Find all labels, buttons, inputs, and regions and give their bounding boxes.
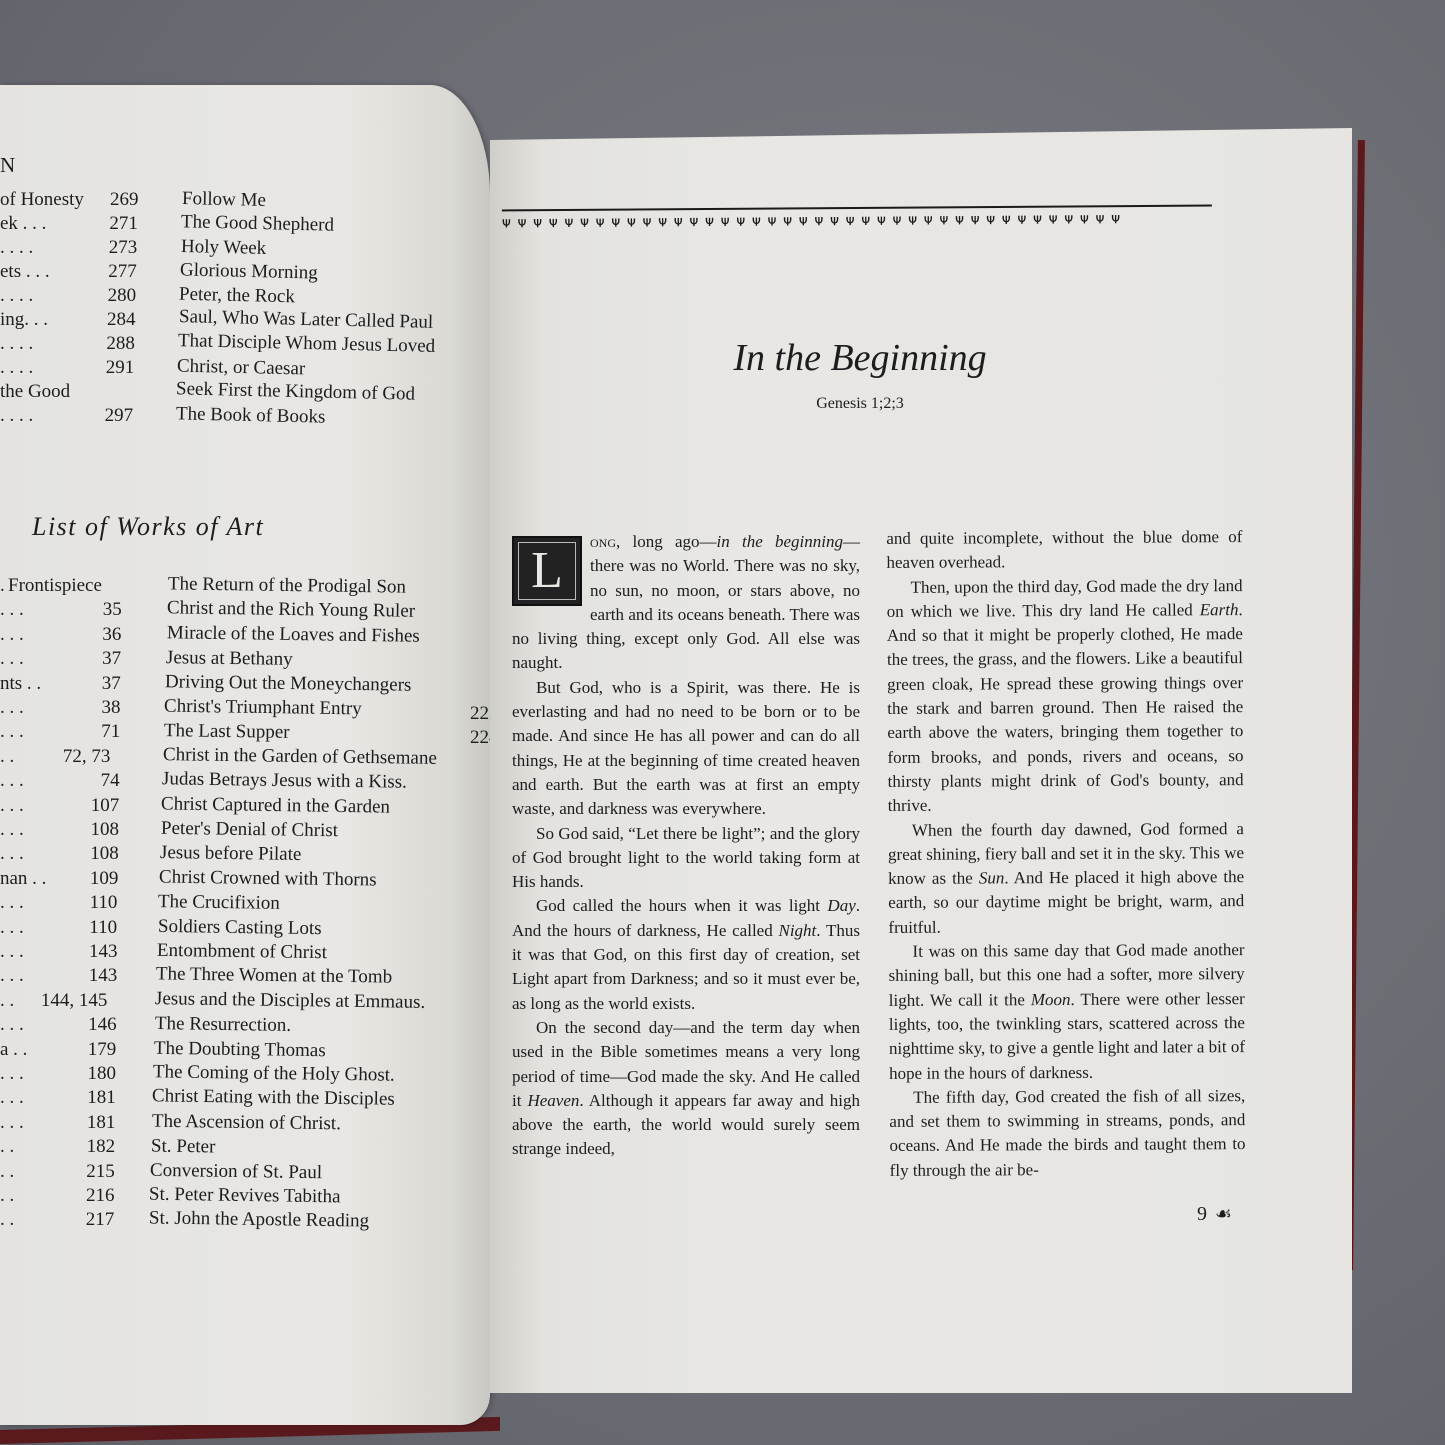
toc-entry-page: 284: [107, 310, 136, 329]
paragraph: When the fourth day dawned, God formed a…: [888, 817, 1245, 940]
art-entry-dots: . . .: [0, 918, 24, 937]
paragraph: Then, upon the third day, God made the d…: [887, 574, 1244, 819]
scripture-reference: Genesis 1;2;3: [690, 395, 1030, 413]
art-entry-title: Jesus before Pilate: [160, 843, 302, 864]
toc-entry-page: 269: [110, 190, 139, 209]
art-entry-dots: . . .: [0, 966, 24, 985]
art-entry-title: Christ Eating with the Disciples: [152, 1087, 395, 1109]
art-entry-dots: . . .: [0, 698, 24, 717]
art-entry-dots: . . .: [0, 1064, 24, 1083]
art-entry-dots: . . .: [0, 600, 24, 619]
art-entry-page: 182: [87, 1137, 116, 1156]
art-entry-title: The Last Supper: [163, 722, 289, 743]
art-entry-title: The Ascension of Christ.: [151, 1111, 340, 1133]
toc-entry-title: The Good Shepherd: [181, 212, 334, 234]
toc-entry-title: ets . . .: [0, 262, 50, 281]
toc-entry-page: 291: [106, 358, 135, 377]
paragraph: Long, long ago—in the beginning—there wa…: [512, 530, 860, 676]
art-entry-page: 143: [89, 942, 118, 961]
art-entry-dots: . .: [0, 991, 14, 1010]
toc-entry-title: . . . .: [0, 406, 33, 425]
art-entry-title: Jesus at Bethany: [166, 648, 293, 669]
fleuron-icon: ☙: [1215, 1203, 1232, 1225]
art-entry-page: 108: [90, 844, 119, 863]
paragraph: and quite incomplete, without the blue d…: [886, 525, 1242, 575]
art-entry-dots: nan . .: [0, 869, 46, 888]
art-entry-page: 110: [89, 918, 117, 937]
art-entry-page: 36: [102, 625, 121, 644]
art-entry-title: The Coming of the Holy Ghost.: [153, 1062, 395, 1084]
toc-entry-title: ek . . .: [0, 214, 46, 233]
art-entry-page: 107: [91, 796, 120, 815]
art-entry-dots: . .: [0, 1210, 14, 1229]
art-entry-title: Soldiers Casting Lots: [157, 916, 321, 937]
art-entry-dots: . .: [0, 747, 14, 766]
art-entry-page: 108: [91, 820, 120, 839]
art-entry-title: Entombment of Christ: [157, 941, 327, 962]
art-entry-page: 215: [86, 1162, 115, 1181]
art-entry-page: 181: [87, 1113, 116, 1132]
art-entry-dots: . . .: [0, 1113, 24, 1132]
art-entry-page: 37: [102, 674, 121, 693]
toc-entry-page: 277: [108, 262, 137, 281]
art-entry-page: 38: [102, 698, 121, 717]
art-entry-dots: . .: [0, 1162, 14, 1181]
art-entry-dots: . . .: [0, 1015, 24, 1034]
toc-entry-page: 273: [109, 238, 138, 257]
art-entry-dots: . . .: [0, 820, 24, 839]
toc-entry-title: The Book of Books: [175, 404, 325, 426]
art-entry-title: St. John the Apostle Reading: [148, 1209, 368, 1231]
text-column-left: Long, long ago—in the beginning—there wa…: [512, 530, 860, 1162]
art-entry-title: Christ Crowned with Thorns: [159, 867, 377, 889]
art-entry-title: The Doubting Thomas: [154, 1038, 326, 1059]
art-entry-page: 143: [89, 966, 118, 985]
art-entry-title: Jesus and the Disciples at Emmaus.: [155, 989, 425, 1012]
art-entry-dots: . . .: [0, 625, 24, 644]
art-entry-dots: . . .: [0, 649, 24, 668]
art-entry-title: The Crucifixion: [158, 892, 280, 913]
art-entry-dots: . . .: [0, 1088, 24, 1107]
art-entry-title: The Return of the Prodigal Son: [168, 574, 406, 596]
art-entry-title: Christ's Triumphant Entry: [164, 697, 362, 719]
art-entry-dots: nts . .: [0, 674, 41, 693]
toc-entry-title: Christ, or Caesar: [177, 357, 306, 379]
art-section-title: List of Works of Art: [32, 512, 264, 542]
art-entry-page: 74: [101, 771, 120, 790]
toc-entry-title: Holy Week: [180, 237, 266, 258]
art-entry-dots: . .: [0, 1186, 14, 1205]
art-entry-dots: . . .: [0, 771, 24, 790]
art-entry-dots: . . .: [0, 893, 24, 912]
toc-entry-title: . . . .: [0, 334, 33, 353]
toc-entry-page: 297: [105, 406, 134, 425]
art-entry-title: Christ and the Rich Young Ruler: [167, 599, 415, 621]
illuminated-dropcap-icon: L: [512, 536, 582, 606]
toc-entry-title: Peter, the Rock: [179, 285, 295, 307]
art-entry-title: Christ Captured in the Garden: [161, 794, 390, 816]
art-entry-title: The Three Women at the Tomb: [156, 965, 392, 987]
art-entry-page: 37: [102, 649, 121, 668]
paragraph: The fifth day, God created the fish of a…: [889, 1084, 1246, 1183]
art-entry-page: 144, 145: [41, 991, 108, 1010]
art-entry-page: 72, 73: [63, 747, 111, 766]
toc-entry-title: the Good: [0, 382, 70, 401]
tulip-ornament-icon: ᴪ ᴪ ᴪ ᴪ ᴪ ᴪ ᴪ ᴪ ᴪ ᴪ ᴪ ᴪ ᴪ ᴪ ᴪ ᴪ ᴪ ᴪ ᴪ ᴪ …: [502, 209, 1212, 232]
toc-entry-title: Seek First the Kingdom of God: [176, 379, 415, 403]
art-entry-title: Judas Betrays Jesus with a Kiss.: [162, 769, 407, 791]
art-entry-page: 146: [88, 1015, 117, 1034]
text-column-right: and quite incomplete, without the blue d…: [886, 525, 1245, 1183]
art-entry-page: 180: [88, 1064, 117, 1083]
art-entry-dots: . . .: [0, 722, 24, 741]
paragraph: But God, who is a Spirit, was there. He …: [512, 676, 860, 822]
toc-entry-title: . . . .: [0, 358, 33, 377]
art-entry-page: 216: [86, 1186, 115, 1205]
art-entry-title: St. Peter Revives Tabitha: [149, 1185, 341, 1207]
paragraph: On the second day—and the term day when …: [512, 1016, 860, 1162]
toc-entry-title: . . . .: [0, 238, 33, 257]
art-entry-title: St. Peter: [151, 1137, 216, 1157]
art-entry-page: 110: [90, 893, 118, 912]
art-entry-page: 181: [87, 1088, 116, 1107]
art-entry-dots: . . .: [0, 844, 24, 863]
paragraph: God called the hours when it was light D…: [512, 894, 860, 1015]
art-entry-title: Christ in the Garden of Gethsemane: [163, 745, 437, 768]
art-entry-page: 217: [86, 1210, 115, 1229]
paragraph: It was on this same day that God made an…: [888, 938, 1245, 1086]
toc-entry-page: 280: [108, 286, 137, 305]
toc-heading-fragment: N: [0, 153, 16, 178]
art-entry-title: Conversion of St. Paul: [150, 1160, 322, 1181]
page-number: 9: [1197, 1203, 1207, 1226]
art-entry-dots: . .: [0, 1137, 14, 1156]
art-entry-dots: . . .: [0, 942, 24, 961]
toc-entry-title: Follow Me: [182, 189, 266, 210]
art-entry-title: The Resurrection.: [154, 1014, 290, 1035]
art-entry-dots: . . .: [0, 796, 24, 815]
toc-entry-title: ing. . .: [0, 310, 48, 329]
decorative-border: ᴪ ᴪ ᴪ ᴪ ᴪ ᴪ ᴪ ᴪ ᴪ ᴪ ᴪ ᴪ ᴪ ᴪ ᴪ ᴪ ᴪ ᴪ ᴪ ᴪ …: [502, 205, 1212, 246]
art-entry-page: 71: [101, 722, 120, 741]
art-entry-dots: .: [0, 576, 5, 595]
art-entry-title: Peter's Denial of Christ: [160, 819, 337, 840]
art-entry-page: 179: [88, 1040, 117, 1059]
paragraph: So God said, “Let there be light”; and t…: [512, 822, 860, 895]
art-entry-title: Miracle of the Loaves and Fishes: [166, 623, 419, 646]
toc-entry-title: of Honesty: [0, 190, 84, 209]
toc-entry-page: 271: [109, 214, 138, 233]
art-entry-page: 35: [103, 600, 122, 619]
art-entry-title: Driving Out the Moneychangers: [165, 672, 412, 694]
art-entry-page: 109: [90, 869, 119, 888]
art-entry-page: Frontispiece: [8, 576, 102, 595]
toc-entry-page: 288: [106, 334, 135, 353]
chapter-title: In the Beginning: [690, 336, 1030, 380]
toc-entry-title: Glorious Morning: [180, 260, 318, 282]
art-entry-dots: a . .: [0, 1040, 27, 1059]
toc-entry-title: . . . .: [0, 286, 33, 305]
